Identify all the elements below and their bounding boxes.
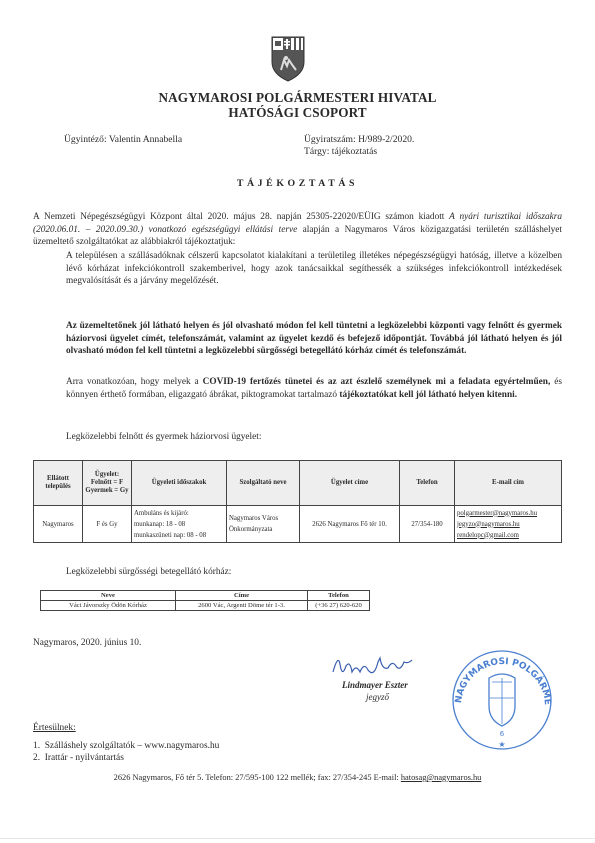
page-edge-divider <box>0 838 595 839</box>
cell-settlement: Nagymaros <box>34 506 83 543</box>
paragraph-covid: Arra vonatkozóan, hogy melyek a COVID-19… <box>66 376 562 401</box>
header-periods: Ügyeleti időszakok <box>132 461 227 506</box>
email-link[interactable]: polgarmester@nagymaros.hu <box>457 508 559 519</box>
email-link[interactable]: rendelopc@gmail.com <box>457 530 559 541</box>
document-page: NAGYMAROSI POLGÁRMESTERI HIVATAL HATÓSÁG… <box>0 0 595 843</box>
header-address: Ügyelet címe <box>300 461 400 506</box>
svg-text:NAGYMAROSI POLGÁRMESTERI HIVAT: NAGYMAROSI POLGÁRMESTERI HIVATAL <box>447 648 552 705</box>
period-line: munkanap: 18 - 08 <box>134 519 224 530</box>
period-line: munkaszüneti nap: 08 - 08 <box>134 530 224 541</box>
stamp-number: 6 <box>500 730 505 738</box>
cell-emails: polgarmester@nagymaros.hu jegyzo@nagymar… <box>455 506 562 543</box>
period-line: Ambuláns és kijáró: <box>134 508 224 519</box>
header-phone: Telefon <box>400 461 455 506</box>
header-address: Címe <box>176 591 308 601</box>
header-duty-type: Ügyelet: Felnőtt = F Gyermek = Gy <box>83 461 132 506</box>
recipients-label: Értesülnek: <box>33 723 76 733</box>
hospital-table: Neve Címe Telefon Váci Jávorszky Ödön Kó… <box>40 590 370 611</box>
paragraph-contact: A településen a szállásadóknak célszerű … <box>66 250 562 288</box>
recipient-item: 1. Szálláshely szolgáltatók – www.nagyma… <box>33 741 219 751</box>
requirements-text: Az üzemeltetőnek jól látható helyen és j… <box>66 321 562 356</box>
footer-text: 2626 Nagymaros, Fő tér 5. Telefon: 27/59… <box>114 773 401 782</box>
header-phone: Telefon <box>308 591 370 601</box>
intro-text: A Nemzeti Népegészségügyi Központ által … <box>33 212 449 222</box>
signature-scribble-icon <box>330 652 415 682</box>
footer-contact: 2626 Nagymaros, Fő tér 5. Telefon: 27/59… <box>0 773 595 782</box>
covid-text-a: Arra vonatkozóan, hogy melyek a <box>66 377 203 387</box>
table-header-row: Neve Címe Telefon <box>41 591 370 601</box>
clerk: Ügyintéző: Valentin Annabella <box>64 134 182 145</box>
file-number: Ügyiratszám: H/989-2/2020. <box>304 134 414 145</box>
header-email: E-mail cím <box>455 461 562 506</box>
cell-periods: Ambuláns és kijáró: munkanap: 18 - 08 mu… <box>132 506 227 543</box>
official-stamp-icon: NAGYMAROSI POLGÁRMESTERI HIVATAL 6 ★ <box>447 648 557 752</box>
cell-phone: (+36 27) 620-620 <box>308 601 370 611</box>
recipient-item: 2. Irattár - nyilvántartás <box>33 753 124 763</box>
header-provider: Szolgáltató neve <box>227 461 300 506</box>
gp-duty-table: Ellátott település Ügyelet: Felnőtt = F … <box>33 460 562 543</box>
table-row: Váci Jávorszky Ödön Kórház 2600 Vác, Arg… <box>41 601 370 611</box>
covid-text-b: COVID-19 fertőzés tünetei és az azt észl… <box>203 377 551 387</box>
email-link[interactable]: jegyzo@nagymaros.hu <box>457 519 559 530</box>
office-title: NAGYMAROSI POLGÁRMESTERI HIVATAL <box>0 90 595 106</box>
paragraph-requirements: Az üzemeltetőnek jól látható helyen és j… <box>66 320 562 358</box>
header-name: Neve <box>41 591 176 601</box>
cell-phone: 27/354-180 <box>400 506 455 543</box>
place-date: Nagymaros, 2020. június 10. <box>33 638 141 648</box>
subject: Tárgy: tájékoztatás <box>304 146 377 157</box>
document-title: TÁJÉKOZTATÁS <box>0 178 595 189</box>
stamp-text: NAGYMAROSI POLGÁRMESTERI HIVATAL <box>447 648 552 705</box>
signature-block: Lindmayer Eszter jegyző <box>330 652 415 687</box>
table-header-row: Ellátott település Ügyelet: Felnőtt = F … <box>34 461 562 506</box>
signer-role: jegyző <box>366 692 389 702</box>
cell-address: 2626 Nagymaros Fő tér 10. <box>300 506 400 543</box>
department-title: HATÓSÁGI CSOPORT <box>0 105 595 121</box>
coat-of-arms-icon <box>271 36 305 82</box>
cell-address: 2600 Vác, Argenti Döme tér 1-3. <box>176 601 308 611</box>
footer-email-link[interactable]: hatosag@nagymaros.hu <box>401 773 482 782</box>
cell-name: Váci Jávorszky Ödön Kórház <box>41 601 176 611</box>
header-settlement: Ellátott település <box>34 461 83 506</box>
table-row: Nagymaros F és Gy Ambuláns és kijáró: mu… <box>34 506 562 543</box>
intro-paragraph: A Nemzeti Népegészségügyi Központ által … <box>33 211 562 249</box>
gp-label: Legközelebbi felnőtt és gyermek háziorvo… <box>66 431 261 444</box>
cell-duty-type: F és Gy <box>83 506 132 543</box>
covid-text-d: tájékoztatókat kell jól látható helyen k… <box>339 390 517 400</box>
hospital-label: Legközelebbi sürgősségi betegellátó kórh… <box>66 566 231 579</box>
signer-name: Lindmayer Eszter <box>342 680 408 690</box>
cell-provider: Nagymaros Város Önkormányzata <box>227 506 300 543</box>
stamp-star-icon: ★ <box>498 740 505 749</box>
